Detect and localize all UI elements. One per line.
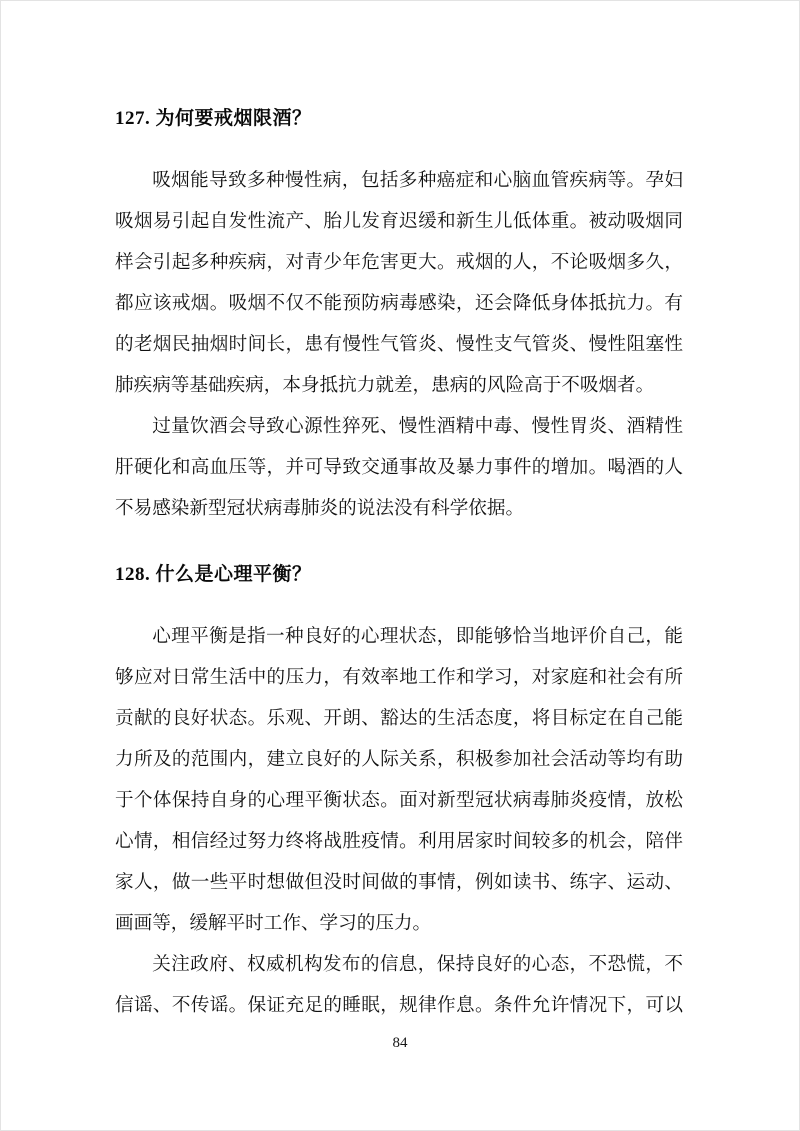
paragraph-line: 贡献的良好状态。乐观、开朗、豁达的生活态度，将目标定在自己能 [115, 698, 683, 739]
paragraph-line: 肺疾病等基础疾病，本身抵抗力就差，患病的风险高于不吸烟者。 [115, 365, 683, 406]
paragraph-line: 的老烟民抽烟时间长，患有慢性气管炎、慢性支气管炎、慢性阻塞性 [115, 324, 683, 365]
paragraph-line: 于个体保持自身的心理平衡状态。面对新型冠状病毒肺炎疫情，放松 [115, 780, 683, 821]
paragraph-line: 吸烟能导致多种慢性病，包括多种癌症和心脑血管疾病等。孕妇 [115, 160, 683, 201]
paragraph-line: 家人，做一些平时想做但没时间做的事情，例如读书、练字、运动、 [115, 862, 683, 903]
paragraph-line: 信谣、不传谣。保证充足的睡眠，规律作息。条件允许情况下，可以 [115, 985, 683, 1026]
paragraph-line: 样会引起多种疾病，对青少年危害更大。戒烟的人，不论吸烟多久， [115, 242, 683, 283]
paragraph-line: 过量饮酒会导致心源性猝死、慢性酒精中毒、慢性胃炎、酒精性 [115, 406, 683, 447]
paragraph-line: 都应该戒烟。吸烟不仅不能预防病毒感染，还会降低身体抵抗力。有 [115, 283, 683, 324]
section-heading: 127. 为何要戒烟限酒？ [115, 106, 683, 132]
paragraph-line: 力所及的范围内，建立良好的人际关系，积极参加社会活动等均有助 [115, 739, 683, 780]
paragraph-line: 关注政府、权威机构发布的信息，保持良好的心态，不恐慌，不 [115, 944, 683, 985]
document-body: 127. 为何要戒烟限酒？吸烟能导致多种慢性病，包括多种癌症和心脑血管疾病等。孕… [115, 106, 683, 1026]
paragraph: 心理平衡是指一种良好的心理状态，即能够恰当地评价自己，能够应对日常生活中的压力，… [115, 616, 683, 944]
paragraph-line: 画画等，缓解平时工作、学习的压力。 [115, 903, 683, 944]
paragraph: 过量饮酒会导致心源性猝死、慢性酒精中毒、慢性胃炎、酒精性肝硬化和高血压等，并可导… [115, 406, 683, 529]
paragraph-line: 吸烟易引起自发性流产、胎儿发育迟缓和新生儿低体重。被动吸烟同 [115, 201, 683, 242]
paragraph-line: 够应对日常生活中的压力，有效率地工作和学习，对家庭和社会有所 [115, 657, 683, 698]
paragraph: 关注政府、权威机构发布的信息，保持良好的心态，不恐慌，不信谣、不传谣。保证充足的… [115, 944, 683, 1026]
paragraph-line: 心情，相信经过努力终将战胜疫情。利用居家时间较多的机会，陪伴 [115, 821, 683, 862]
paragraph-line: 不易感染新型冠状病毒肺炎的说法没有科学依据。 [115, 488, 683, 529]
document-page: 127. 为何要戒烟限酒？吸烟能导致多种慢性病，包括多种癌症和心脑血管疾病等。孕… [0, 0, 800, 1131]
paragraph: 吸烟能导致多种慢性病，包括多种癌症和心脑血管疾病等。孕妇吸烟易引起自发性流产、胎… [115, 160, 683, 406]
section-heading: 128. 什么是心理平衡？ [115, 562, 683, 588]
page-number: 84 [0, 1034, 800, 1052]
paragraph-line: 心理平衡是指一种良好的心理状态，即能够恰当地评价自己，能 [115, 616, 683, 657]
paragraph-line: 肝硬化和高血压等，并可导致交通事故及暴力事件的增加。喝酒的人 [115, 447, 683, 488]
